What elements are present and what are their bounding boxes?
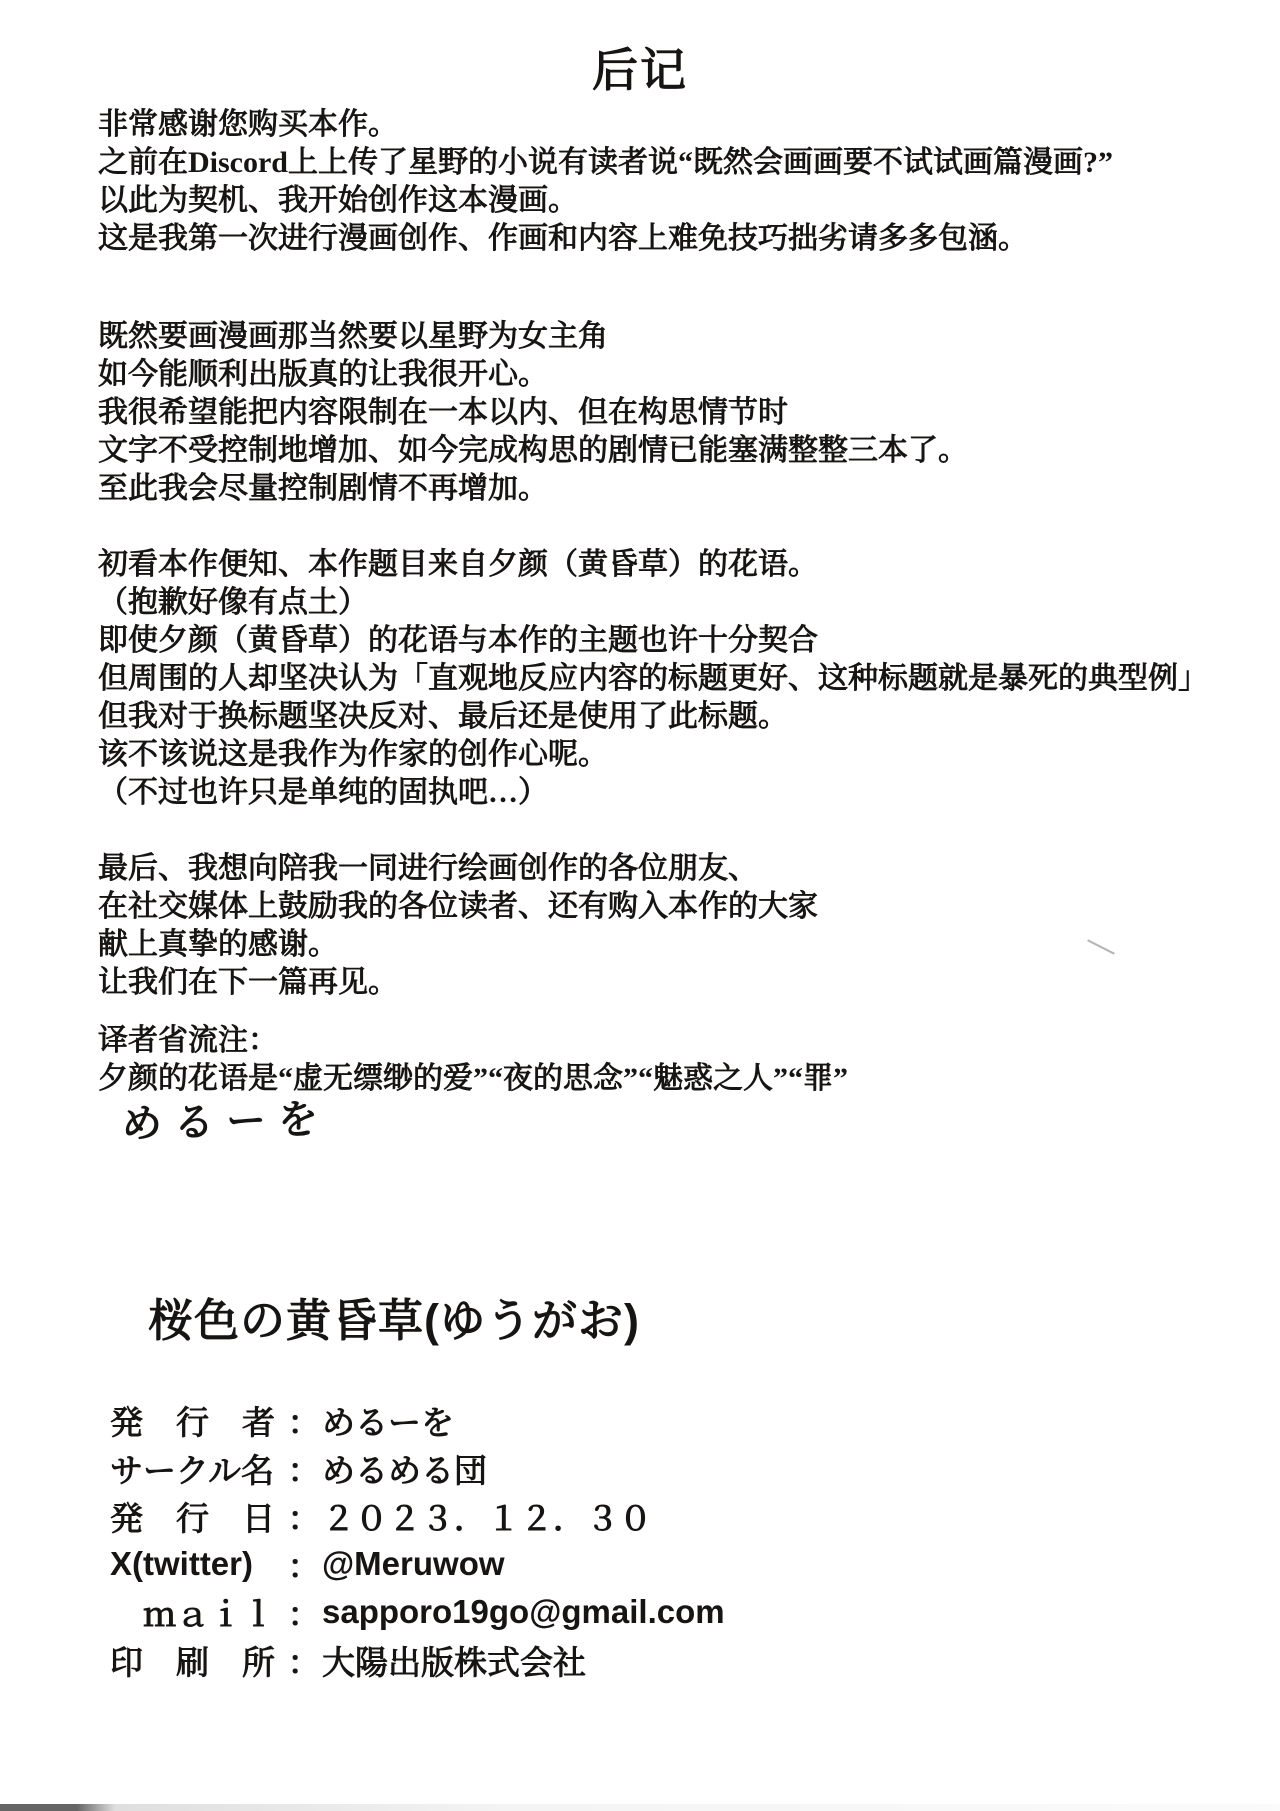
colophon-label: ｍａｉｌ [110,1589,286,1636]
afterword-line: 该不该说这是我作为作家的创作心呢。 [98,736,1250,774]
colophon-label: サークル名 [110,1445,286,1492]
colon-separator: ： [286,1541,322,1588]
afterword-line: 但周围的人却坚决认为「直观地反应内容的标题更好、这种标题就是暴死的典型例」 [98,660,1250,698]
colophon-label: 発 行 日 [110,1493,286,1540]
colophon-row: サークル名：めるめる団 [110,1444,725,1492]
colon-separator: ： [286,1397,322,1444]
colophon-rows: 発 行 者：めるーをサークル名：めるめる団発 行 日：２０２３．１２．３０X(t… [110,1396,725,1684]
afterword-line: 初看本作便知、本作题目来自夕颜（黄昏草）的花语。 [98,546,1250,584]
scan-edge [0,1804,1280,1811]
afterword-line: 在社交媒体上鼓励我的各位读者、还有购入本作的大家 [98,888,1250,926]
colophon-row: 印 刷 所：大陽出版株式会社 [110,1636,725,1684]
afterword-line: 至此我会尽量控制剧情不再增加。 [98,470,1250,508]
colophon-label: X(twitter) [110,1545,286,1583]
afterword-paragraph: 既然要画漫画那当然要以星野为女主角如今能顺利出版真的让我很开心。我很希望能把内容… [98,318,1250,508]
afterword-line: 文字不受控制地增加、如今完成构思的剧情已能塞满整整三本了。 [98,432,1250,470]
afterword-line: （抱歉好像有点土） [98,584,1250,622]
colophon-value: @Meruwow [322,1545,505,1583]
afterword-line: 我很希望能把内容限制在一本以内、但在构思情节时 [98,394,1250,432]
afterword-line: 如今能顺利出版真的让我很开心。 [98,356,1250,394]
author-signature: めるーを [121,1087,330,1150]
afterword-line: 之前在Discord上上传了星野的小说有读者说“既然会画画要不试试画篇漫画?” [98,144,1250,182]
colophon-label: 印 刷 所 [110,1637,286,1684]
colon-separator: ： [286,1445,322,1492]
afterword-paragraph: 最后、我想向陪我一同进行绘画创作的各位朋友、在社交媒体上鼓励我的各位读者、还有购… [98,850,1250,1002]
afterword-line: 最后、我想向陪我一同进行绘画创作的各位朋友、 [98,850,1250,888]
afterword-line: 献上真挚的感谢。 [98,926,1250,964]
afterword-paragraph: 非常感谢您购买本作。之前在Discord上上传了星野的小说有读者说“既然会画画要… [98,106,1250,258]
afterword-line: 即使夕颜（黄昏草）的花语与本作的主题也许十分契合 [98,622,1250,660]
colophon-value: めるめる団 [322,1445,487,1492]
colophon-value: sapporo19go@gmail.com [322,1593,725,1631]
book-title: 桜色の黄昏草(ゆうがお) [148,1284,640,1349]
afterword-line: 让我们在下一篇再见。 [98,964,1250,1002]
afterword-body: 非常感谢您购买本作。之前在Discord上上传了星野的小说有读者说“既然会画画要… [98,106,1250,1098]
colophon-label: 発 行 者 [110,1397,286,1444]
colon-separator: ： [286,1589,322,1636]
afterword-paragraph: 译者省流注：夕颜的花语是“虚无缥缈的爱”“夜的思念”“魅惑之人”“罪” [98,1022,1250,1098]
afterword-line: 但我对于换标题坚决反对、最后还是使用了此标题。 [98,698,1250,736]
afterword-line: 非常感谢您购买本作。 [98,106,1250,144]
afterword-line: 既然要画漫画那当然要以星野为女主角 [98,318,1250,356]
colophon-row: 発 行 日：２０２３．１２．３０ [110,1492,725,1540]
afterword-line: （不过也许只是单纯的固执吧…） [98,774,1250,812]
afterword-line: 译者省流注： [98,1022,1250,1060]
afterword-line: 这是我第一次进行漫画创作、作画和内容上难免技巧拙劣请多多包涵。 [98,220,1250,258]
colon-separator: ： [286,1493,322,1540]
afterword-paragraph: 初看本作便知、本作题目来自夕颜（黄昏草）的花语。（抱歉好像有点土）即使夕颜（黄昏… [98,546,1250,812]
colon-separator: ： [286,1637,322,1684]
afterword-line: 以此为契机、我开始创作这本漫画。 [98,182,1250,220]
colophon-row: ｍａｉｌ：sapporo19go@gmail.com [110,1588,725,1636]
colophon-row: X(twitter)：@Meruwow [110,1540,725,1588]
colophon-value: めるーを [322,1397,454,1444]
colophon-value: ２０２３．１２．３０ [322,1493,652,1540]
page-title: 后记 [0,34,1280,100]
colophon-value: 大陽出版株式会社 [322,1637,586,1684]
colophon-row: 発 行 者：めるーを [110,1396,725,1444]
